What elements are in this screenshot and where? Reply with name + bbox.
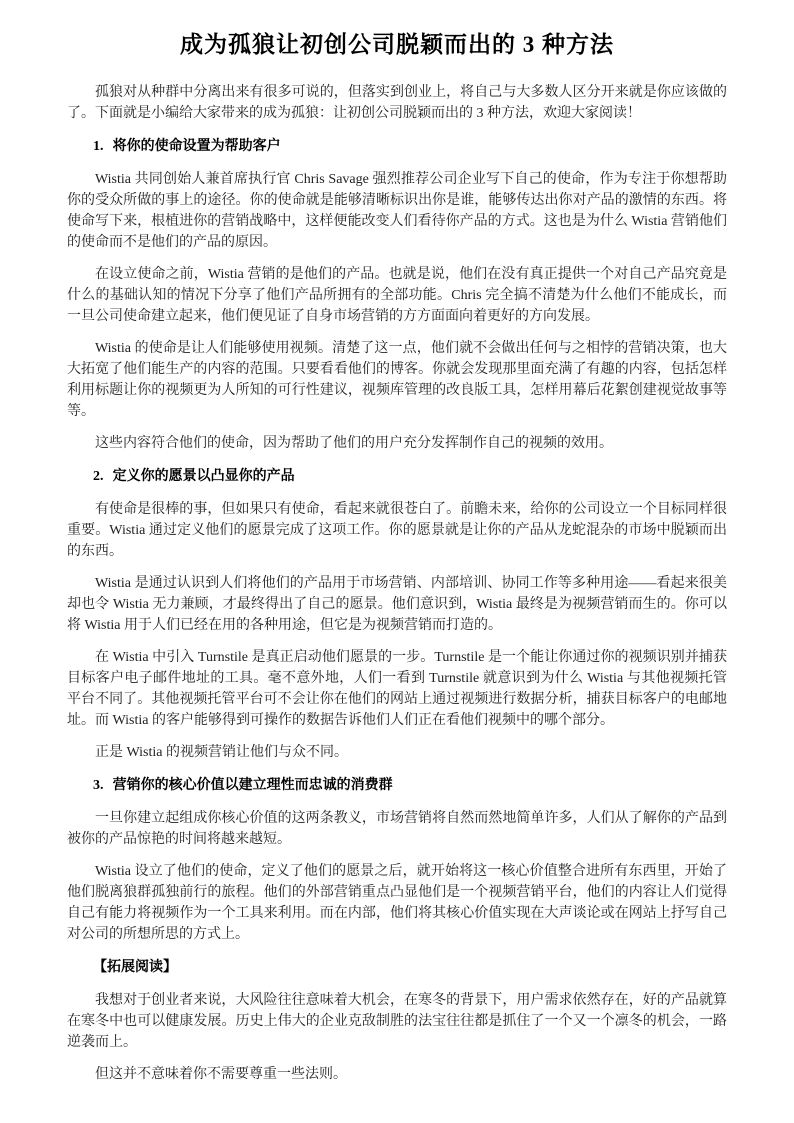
paragraph: Wistia 共同创始人兼首席执行官 Chris Savage 强烈推荐公司企业… — [67, 169, 727, 253]
section-heading-2: 2.定义你的愿景以凸显你的产品 — [67, 466, 727, 487]
paragraph: 但这并不意味着你不需要尊重一些法则。 — [67, 1064, 727, 1085]
section-heading-1: 1.将你的使命设置为帮助客户 — [67, 136, 727, 157]
paragraph-intro: 孤狼对从种群中分离出来有很多可说的，但落实到创业上，将自己与大多数人区分开来就是… — [67, 82, 727, 124]
paragraph: 我想对于创业者来说，大风险往往意味着大机会，在寒冬的背景下，用户需求依然存在，好… — [67, 990, 727, 1053]
section-heading-text: 营销你的核心价值以建立理性而忠诚的消费群 — [113, 778, 393, 793]
section-heading-text: 定义你的愿景以凸显你的产品 — [113, 469, 295, 484]
section-heading-text: 将你的使命设置为帮助客户 — [113, 139, 281, 154]
section-number: 3. — [93, 778, 104, 793]
section-number: 1. — [93, 139, 104, 154]
paragraph: Wistia 是通过认识到人们将他们的产品用于市场营销、内部培训、协同工作等多种… — [67, 573, 727, 636]
paragraph: Wistia 的使命是让人们能够使用视频。清楚了这一点，他们就不会做出任何与之相… — [67, 338, 727, 422]
section-heading-3: 3.营销你的核心价值以建立理性而忠诚的消费群 — [67, 775, 727, 796]
paragraph: 有使命是很棒的事，但如果只有使命，看起来就很苍白了。前瞻未来，给你的公司设立一个… — [67, 499, 727, 562]
section-number: 2. — [93, 469, 104, 484]
section-heading-text: 【拓展阅读】 — [93, 960, 177, 975]
paragraph: 在 Wistia 中引入 Turnstile 是真正启动他们愿景的一步。Turn… — [67, 647, 727, 731]
section-heading-extended-reading: 【拓展阅读】 — [67, 957, 727, 978]
paragraph: 正是 Wistia 的视频营销让他们与众不同。 — [67, 742, 727, 763]
paragraph: 一旦你建立起组成你核心价值的这两条教义，市场营销将自然而然地简单许多，人们从了解… — [67, 808, 727, 850]
document-title: 成为孤狼让初创公司脱颖而出的 3 种方法 — [67, 30, 727, 60]
document-page: 成为孤狼让初创公司脱颖而出的 3 种方法 孤狼对从种群中分离出来有很多可说的，但… — [0, 0, 794, 1123]
paragraph: 在设立使命之前，Wistia 营销的是他们的产品。也就是说，他们在没有真正提供一… — [67, 264, 727, 327]
paragraph: 这些内容符合他们的使命，因为帮助了他们的用户充分发挥制作自己的视频的效用。 — [67, 433, 727, 454]
paragraph: Wistia 设立了他们的使命，定义了他们的愿景之后，就开始将这一核心价值整合进… — [67, 861, 727, 945]
